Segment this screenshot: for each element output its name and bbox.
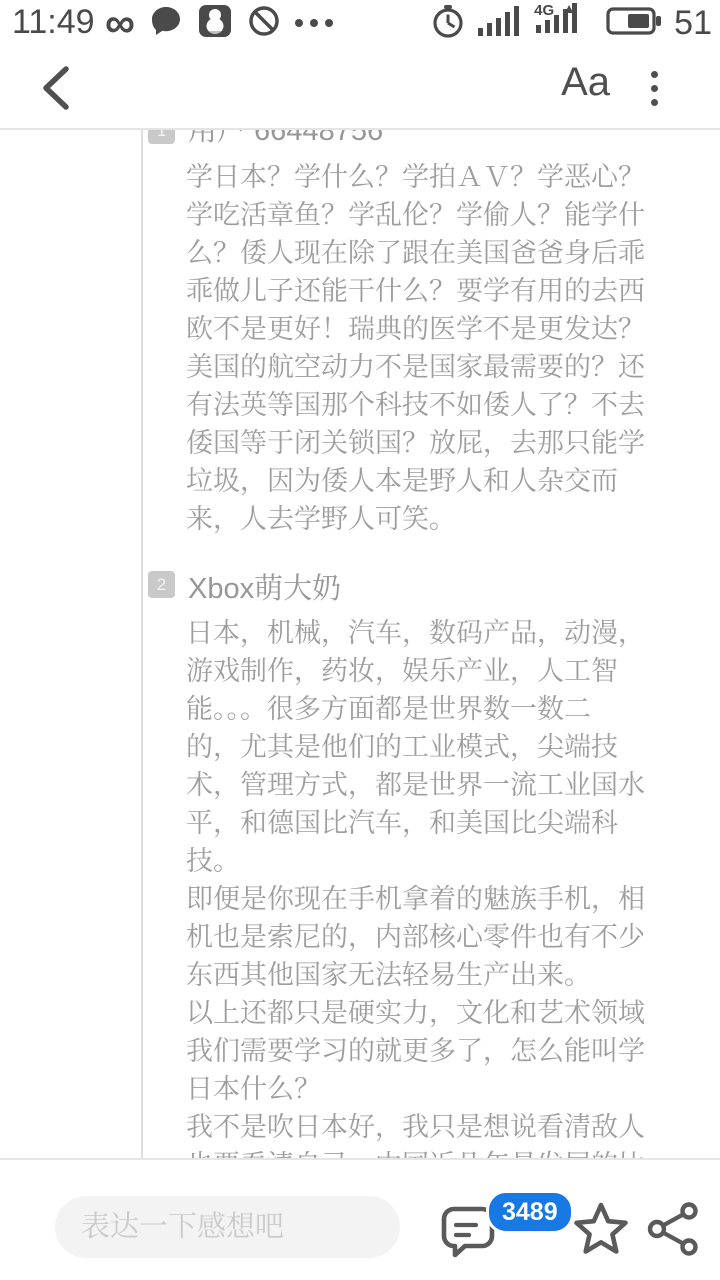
comment-username: 用户 66448756	[188, 130, 383, 145]
star-icon	[572, 1200, 630, 1258]
alarm-icon	[430, 2, 466, 45]
status-left-icons: ∞	[105, 0, 333, 46]
share-icon	[646, 1202, 700, 1256]
comment-body: 日本，机械，汽车，数码产品，动漫， 游戏制作，药妆，娱乐产业，人工智 能。。。很…	[186, 614, 678, 1184]
comment-username: Xbox萌大奶	[188, 566, 341, 607]
status-bar: 11:49 ∞	[0, 0, 720, 46]
qq-icon	[197, 3, 233, 44]
bottom-action-bar: 3489	[0, 1160, 720, 1280]
status-time: 11:49	[12, 3, 95, 42]
comments-button[interactable]: 3489	[438, 1190, 560, 1266]
reader-app-screen: 11:49 ∞	[0, 0, 720, 1280]
battery-icon	[606, 5, 662, 42]
battery-percent: 51	[674, 4, 712, 43]
signal-4g-icon: 4G ▲	[532, 6, 594, 40]
comment-body: 学日本？学什么？学拍ＡＶ？学恶心？ 学吃活章鱼？学乱伦？学偷人？能学什 么？倭人…	[186, 158, 678, 538]
share-button[interactable]	[646, 1202, 700, 1256]
infinity-icon: ∞	[105, 3, 135, 43]
favorite-star-button[interactable]	[572, 1200, 630, 1258]
comment-list: 1 用户 66448756 学日本？学什么？学拍ＡＶ？学恶心？ 学吃活章鱼？学乱…	[0, 130, 720, 1158]
font-size-button[interactable]: Aa	[561, 60, 610, 105]
quote-border	[141, 130, 143, 1158]
more-icon	[295, 19, 333, 27]
toolbar: Aa	[0, 46, 720, 128]
back-button[interactable]	[36, 64, 82, 112]
comment-count-badge: 3489	[486, 1190, 574, 1234]
comment-input[interactable]	[55, 1196, 400, 1258]
comment-1-header-clipped: 1 用户 66448756	[0, 130, 720, 145]
comment-rank-badge: 1	[148, 130, 175, 144]
comment-rank-badge: 2	[148, 571, 175, 598]
signal-icon	[478, 4, 520, 43]
message-icon	[149, 4, 183, 43]
overflow-menu-button[interactable]	[644, 66, 664, 110]
status-right-icons: 4G ▲ 51	[430, 0, 712, 46]
blocked-icon	[247, 4, 281, 43]
